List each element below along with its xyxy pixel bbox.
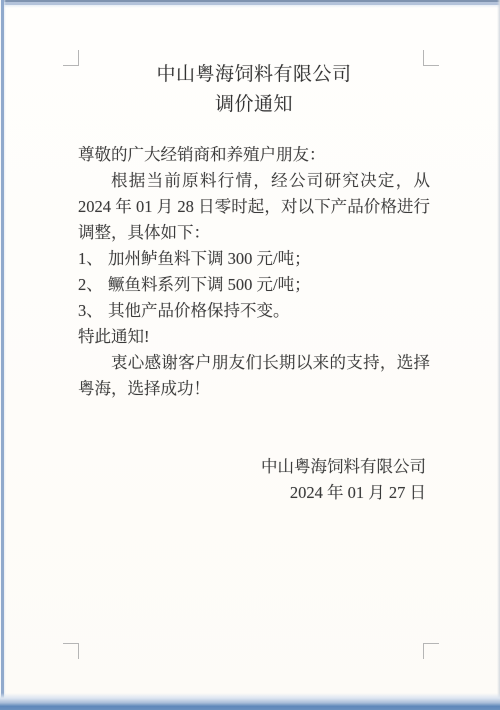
text-boundary-mark-bottom-left — [63, 643, 79, 659]
photo-edge-left — [0, 0, 6, 710]
item-number: 3、 — [78, 298, 108, 324]
item-text: 其他产品价格保持不变。 — [108, 301, 290, 320]
photo-edge-bottom — [0, 693, 500, 710]
page-title-company: 中山粤海饲料有限公司 — [78, 60, 430, 90]
item-text: 加州鲈鱼料下调 300 元/吨； — [108, 249, 311, 268]
signature-block: 中山粤海饲料有限公司 2024 年 01 月 27 日 — [78, 454, 430, 506]
item-number: 2、 — [78, 272, 108, 298]
item-number: 1、 — [78, 246, 108, 272]
salutation: 尊敬的广大经销商和养殖户朋友： — [78, 142, 430, 168]
price-item: 2、鳜鱼料系列下调 500 元/吨； — [78, 272, 430, 298]
text-boundary-mark-top-left — [63, 50, 79, 66]
notice-line: 特此通知! — [78, 324, 430, 350]
document-photo: 中山粤海饲料有限公司 调价通知 尊敬的广大经销商和养殖户朋友： 根据当前原料行情… — [0, 0, 500, 710]
thanks-paragraph: 衷心感谢客户朋友们长期以来的支持，选择粤海，选择成功！ — [78, 350, 430, 402]
text-boundary-mark-bottom-right — [423, 643, 439, 659]
page-title-notice: 调价通知 — [78, 90, 430, 120]
price-item: 1、加州鲈鱼料下调 300 元/吨； — [78, 246, 430, 272]
signature-date: 2024 年 01 月 27 日 — [78, 480, 426, 506]
intro-paragraph: 根据当前原料行情，经公司研究决定，从 2024 年 01 月 28 日零时起，对… — [78, 168, 430, 246]
item-text: 鳜鱼料系列下调 500 元/吨； — [108, 275, 311, 294]
photo-edge-top — [0, 0, 500, 8]
document-content: 中山粤海饲料有限公司 调价通知 尊敬的广大经销商和养殖户朋友： 根据当前原料行情… — [78, 60, 430, 506]
price-item: 3、其他产品价格保持不变。 — [78, 298, 430, 324]
signature-company: 中山粤海饲料有限公司 — [78, 454, 426, 480]
document-body: 尊敬的广大经销商和养殖户朋友： 根据当前原料行情，经公司研究决定，从 2024 … — [78, 142, 430, 506]
